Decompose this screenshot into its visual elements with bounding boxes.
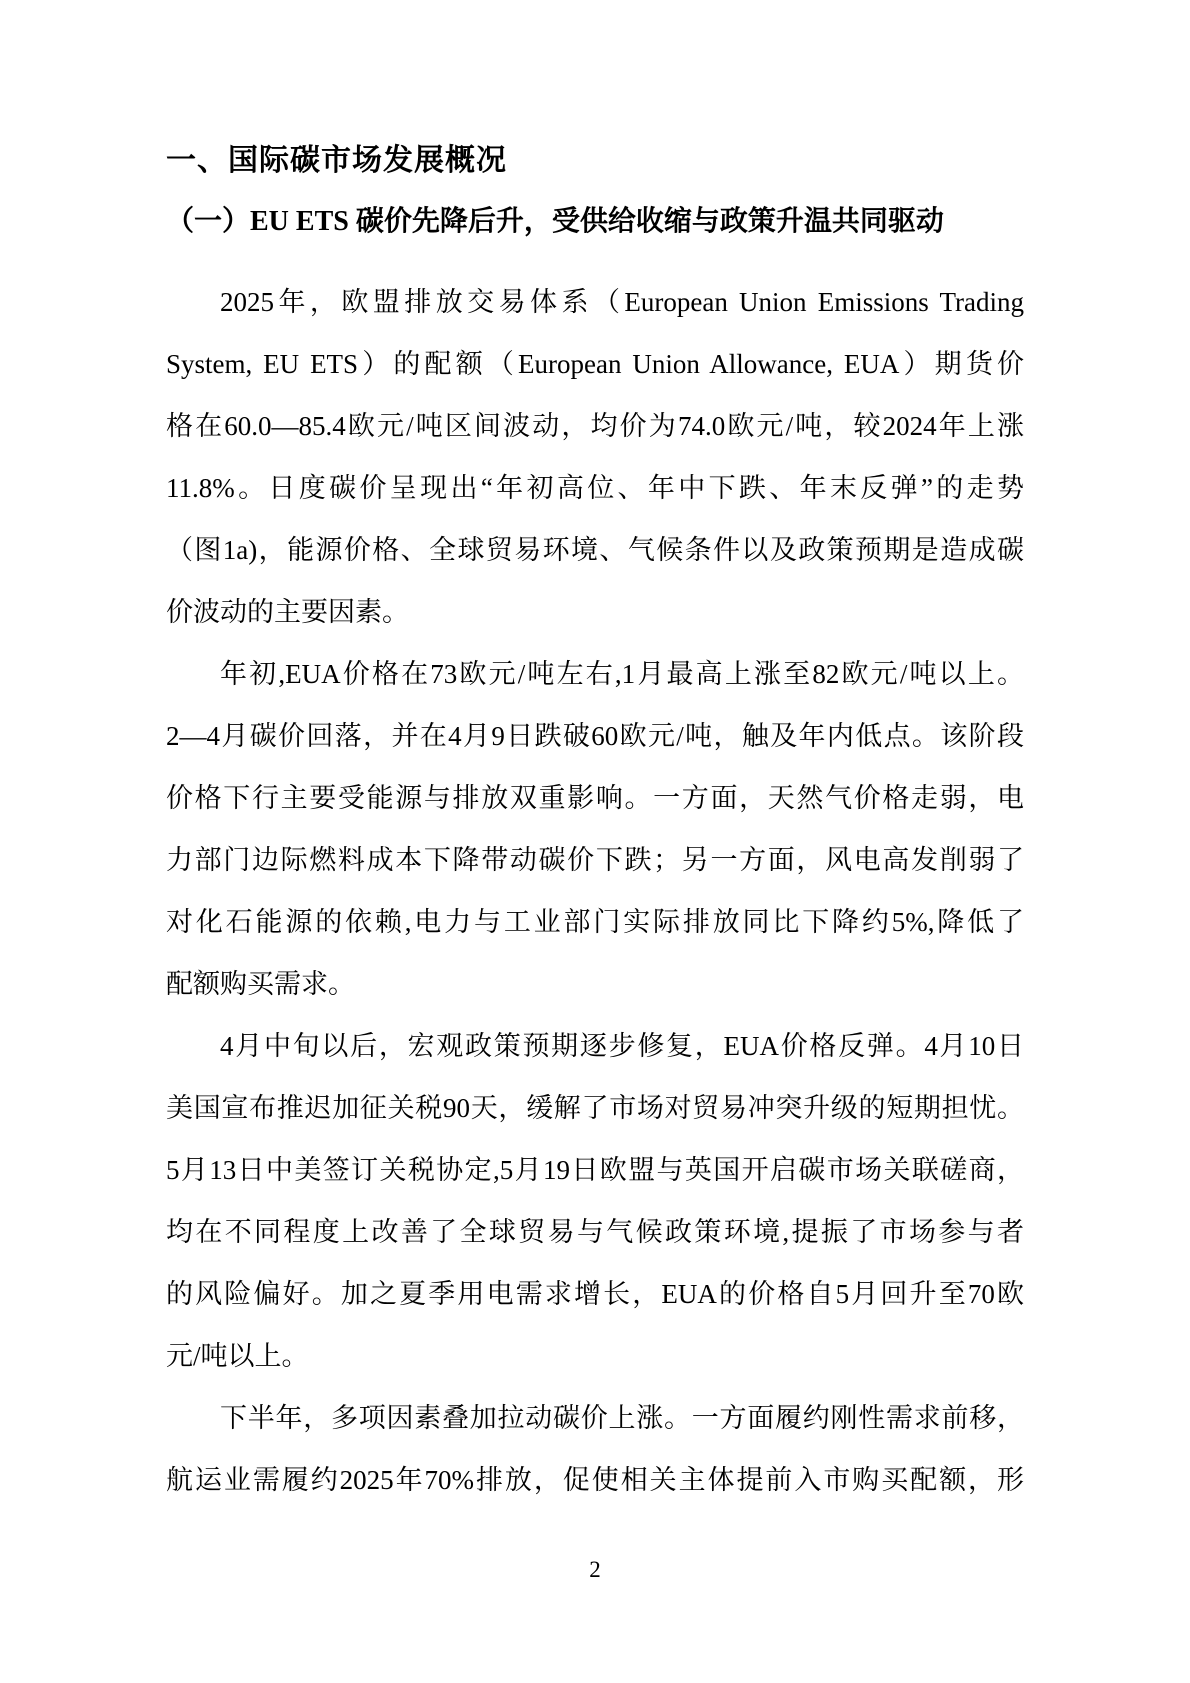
text-line: 2—4月碳价回落，并在4月9日跌破60欧元/吨，触及年内低点。该阶段 xyxy=(166,705,1024,767)
text-line: 的风险偏好。加之夏季用电需求增长，EUA的价格自5月回升至70欧 xyxy=(166,1263,1024,1325)
paragraph: 2025年，欧盟排放交易体系（European Union Emissions … xyxy=(166,271,1024,643)
document-page: 一、国际碳市场发展概况 （一）EU ETS 碳价先降后升，受供给收缩与政策升温共… xyxy=(0,0,1190,1683)
text-line: （图1a)，能源价格、全球贸易环境、气候条件以及政策预期是造成碳 xyxy=(166,519,1024,581)
document-content: 一、国际碳市场发展概况 （一）EU ETS 碳价先降后升，受供给收缩与政策升温共… xyxy=(166,141,1024,1511)
text-line: 5月13日中美签订关税协定,5月19日欧盟与英国开启碳市场关联磋商， xyxy=(166,1139,1024,1201)
section-heading: 一、国际碳市场发展概况 xyxy=(166,141,1024,181)
text-line: 航运业需履约2025年70%排放，促使相关主体提前入市购买配额，形 xyxy=(166,1449,1024,1511)
text-line: 对化石能源的依赖,电力与工业部门实际排放同比下降约5%,降低了 xyxy=(166,891,1024,953)
text-line: 力部门边际燃料成本下降带动碳价下跌；另一方面，风电高发削弱了 xyxy=(166,829,1024,891)
subsection-heading: （一）EU ETS 碳价先降后升，受供给收缩与政策升温共同驱动 xyxy=(166,202,1024,242)
text-line: 配额购买需求。 xyxy=(166,953,1024,1015)
text-line: 价格下行主要受能源与排放双重影响。一方面，天然气价格走弱，电 xyxy=(166,767,1024,829)
text-line: 11.8%。日度碳价呈现出“年初高位、年中下跌、年末反弹”的走势 xyxy=(166,457,1024,519)
text-line: 下半年，多项因素叠加拉动碳价上涨。一方面履约刚性需求前移， xyxy=(166,1387,1024,1449)
text-line: 价波动的主要因素。 xyxy=(166,581,1024,643)
paragraph: 年初,EUA价格在73欧元/吨左右,1月最高上涨至82欧元/吨以上。2—4月碳价… xyxy=(166,643,1024,1015)
text-line: 美国宣布推迟加征关税90天，缓解了市场对贸易冲突升级的短期担忧。 xyxy=(166,1077,1024,1139)
text-line: 4月中旬以后，宏观政策预期逐步修复，EUA价格反弹。4月10日 xyxy=(166,1015,1024,1077)
text-line: 元/吨以上。 xyxy=(166,1325,1024,1387)
paragraph: 下半年，多项因素叠加拉动碳价上涨。一方面履约刚性需求前移，航运业需履约2025年… xyxy=(166,1387,1024,1511)
text-line: 2025年，欧盟排放交易体系（European Union Emissions … xyxy=(166,271,1024,333)
page-number: 2 xyxy=(0,1553,1190,1587)
paragraphs: 2025年，欧盟排放交易体系（European Union Emissions … xyxy=(166,271,1024,1511)
paragraph: 4月中旬以后，宏观政策预期逐步修复，EUA价格反弹。4月10日美国宣布推迟加征关… xyxy=(166,1015,1024,1387)
text-line: 格在60.0—85.4欧元/吨区间波动，均价为74.0欧元/吨，较2024年上涨 xyxy=(166,395,1024,457)
text-line: 年初,EUA价格在73欧元/吨左右,1月最高上涨至82欧元/吨以上。 xyxy=(166,643,1024,705)
text-line: System, EU ETS）的配额（European Union Allowa… xyxy=(166,333,1024,395)
text-line: 均在不同程度上改善了全球贸易与气候政策环境,提振了市场参与者 xyxy=(166,1201,1024,1263)
